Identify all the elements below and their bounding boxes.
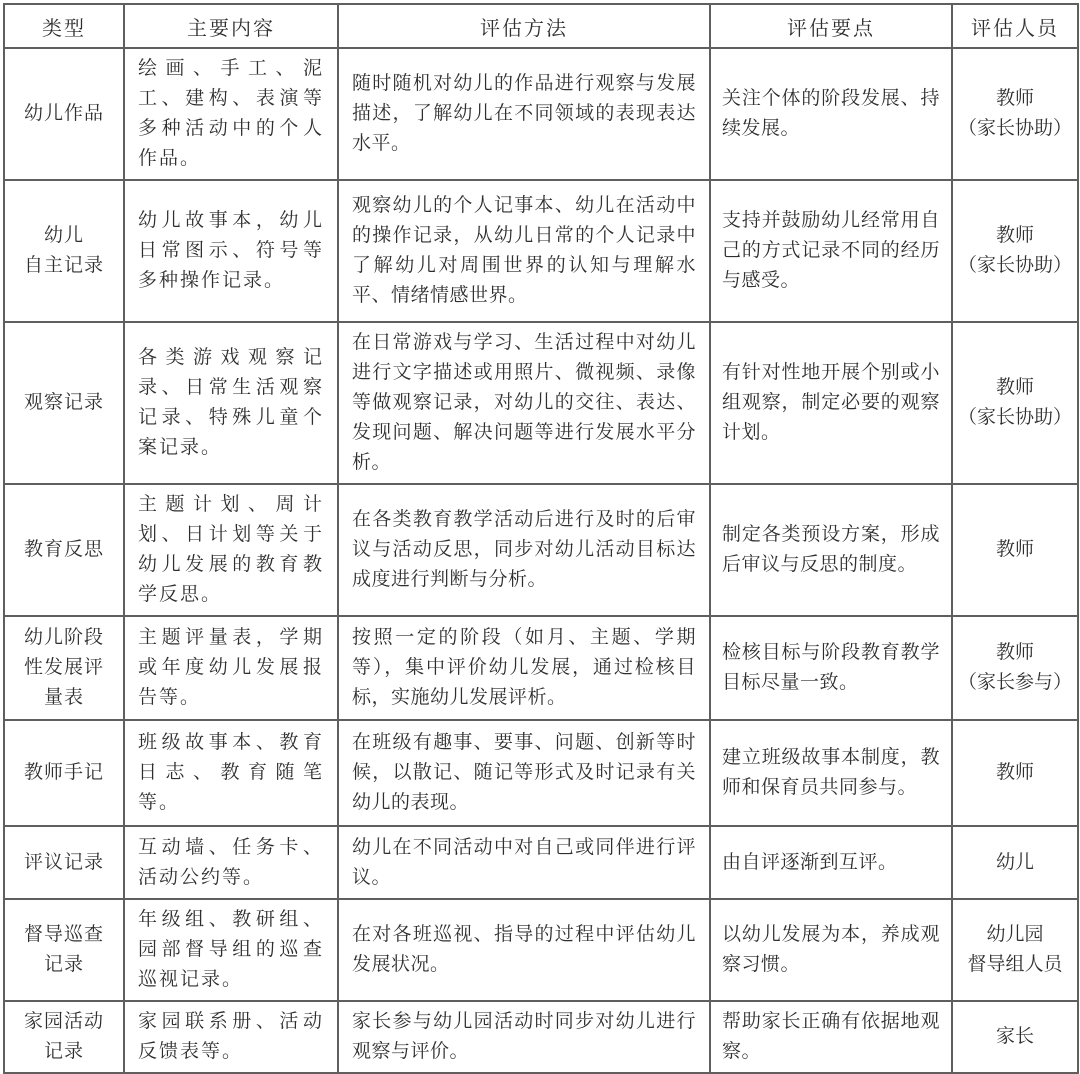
cell-type: 幼儿作品 [4,48,124,180]
table-row: 家园活动 记录 家园联系册、活动反馈表等。 家长参与幼儿园活动时同步对幼儿进行观… [4,1001,1078,1073]
assessment-table: 类型 主要内容 评估方法 评估要点 评估人员 幼儿作品 绘画、手工、泥工、建构、… [3,3,1079,1074]
table-row: 教师手记 班级故事本、教育日志、教育随笔等。 在班级有趣事、要事、问题、创新等时… [4,720,1078,826]
cell-main-content: 互动墙、任务卡、活动公约等。 [124,826,338,899]
header-row: 类型 主要内容 评估方法 评估要点 评估人员 [4,4,1078,48]
table-row: 教育反思 主题计划、周计划、日计划等关于幼儿发展的教育教学反思。 在各类教育教学… [4,484,1078,616]
cell-method: 观察幼儿的个人记事本、幼儿在活动中的操作记录，从幼儿日常的个人记录中了解幼儿对周… [338,180,710,322]
cell-points: 有针对性地开展个别或小组观察，制定必要的观察计划。 [710,322,952,484]
header-personnel: 评估人员 [952,4,1078,48]
table-row: 观察记录 各类游戏观察记录、日常生活观察记录、特殊儿童个案记录。 在日常游戏与学… [4,322,1078,484]
cell-method: 在各类教育教学活动后进行及时的后审议与活动反思，同步对幼儿活动目标达成度进行判断… [338,484,710,616]
cell-type: 教育反思 [4,484,124,616]
cell-personnel: 教师 [952,720,1078,826]
cell-points: 由自评逐渐到互评。 [710,826,952,899]
cell-type: 教师手记 [4,720,124,826]
cell-personnel: 教师 （家长协助） [952,180,1078,322]
cell-points: 支持并鼓励幼儿经常用自己的方式记录不同的经历与感受。 [710,180,952,322]
cell-method: 按照一定的阶段（如月、主题、学期等），集中评价幼儿发展，通过检核目标，实施幼儿发… [338,616,710,720]
cell-main-content: 绘画、手工、泥工、建构、表演等多种活动中的个人作品。 [124,48,338,180]
cell-type: 幼儿 自主记录 [4,180,124,322]
cell-personnel: 家长 [952,1001,1078,1073]
cell-points: 帮助家长正确有依据地观察。 [710,1001,952,1073]
cell-main-content: 幼儿故事本，幼儿日常图示、符号等多种操作记录。 [124,180,338,322]
cell-points: 关注个体的阶段发展、持续发展。 [710,48,952,180]
cell-type: 家园活动 记录 [4,1001,124,1073]
cell-method: 幼儿在不同活动中对自己或同伴进行评议。 [338,826,710,899]
cell-type: 评议记录 [4,826,124,899]
header-method: 评估方法 [338,4,710,48]
table-row: 幼儿作品 绘画、手工、泥工、建构、表演等多种活动中的个人作品。 随时随机对幼儿的… [4,48,1078,180]
cell-points: 检核目标与阶段教育教学目标尽量一致。 [710,616,952,720]
cell-points: 以幼儿发展为本，养成观察习惯。 [710,899,952,1001]
cell-method: 在对各班巡视、指导的过程中评估幼儿发展状况。 [338,899,710,1001]
cell-personnel: 教师 [952,484,1078,616]
cell-main-content: 主题评量表，学期或年度幼儿发展报告等。 [124,616,338,720]
cell-personnel: 幼儿 [952,826,1078,899]
header-points: 评估要点 [710,4,952,48]
table-row: 幼儿阶段 性发展评 量表 主题评量表，学期或年度幼儿发展报告等。 按照一定的阶段… [4,616,1078,720]
cell-personnel: 教师 （家长协助） [952,48,1078,180]
cell-personnel: 幼儿园 督导组人员 [952,899,1078,1001]
cell-type: 观察记录 [4,322,124,484]
cell-type: 督导巡查 记录 [4,899,124,1001]
cell-method: 随时随机对幼儿的作品进行观察与发展描述，了解幼儿在不同领域的表现表达水平。 [338,48,710,180]
cell-main-content: 主题计划、周计划、日计划等关于幼儿发展的教育教学反思。 [124,484,338,616]
cell-main-content: 年级组、教研组、园部督导组的巡查巡视记录。 [124,899,338,1001]
table-row: 督导巡查 记录 年级组、教研组、园部督导组的巡查巡视记录。 在对各班巡视、指导的… [4,899,1078,1001]
cell-main-content: 班级故事本、教育日志、教育随笔等。 [124,720,338,826]
cell-main-content: 各类游戏观察记录、日常生活观察记录、特殊儿童个案记录。 [124,322,338,484]
cell-points: 制定各类预设方案，形成后审议与反思的制度。 [710,484,952,616]
cell-method: 在日常游戏与学习、生活过程中对幼儿进行文字描述或用照片、微视频、录像等做观察记录… [338,322,710,484]
header-main-content: 主要内容 [124,4,338,48]
cell-method: 家长参与幼儿园活动时同步对幼儿进行观察与评价。 [338,1001,710,1073]
cell-type: 幼儿阶段 性发展评 量表 [4,616,124,720]
cell-personnel: 教师 （家长参与） [952,616,1078,720]
cell-main-content: 家园联系册、活动反馈表等。 [124,1001,338,1073]
table-row: 评议记录 互动墙、任务卡、活动公约等。 幼儿在不同活动中对自己或同伴进行评议。 … [4,826,1078,899]
cell-personnel: 教师 （家长协助） [952,322,1078,484]
cell-method: 在班级有趣事、要事、问题、创新等时候，以散记、随记等形式及时记录有关幼儿的表现。 [338,720,710,826]
cell-points: 建立班级故事本制度，教师和保育员共同参与。 [710,720,952,826]
table-row: 幼儿 自主记录 幼儿故事本，幼儿日常图示、符号等多种操作记录。 观察幼儿的个人记… [4,180,1078,322]
header-type: 类型 [4,4,124,48]
